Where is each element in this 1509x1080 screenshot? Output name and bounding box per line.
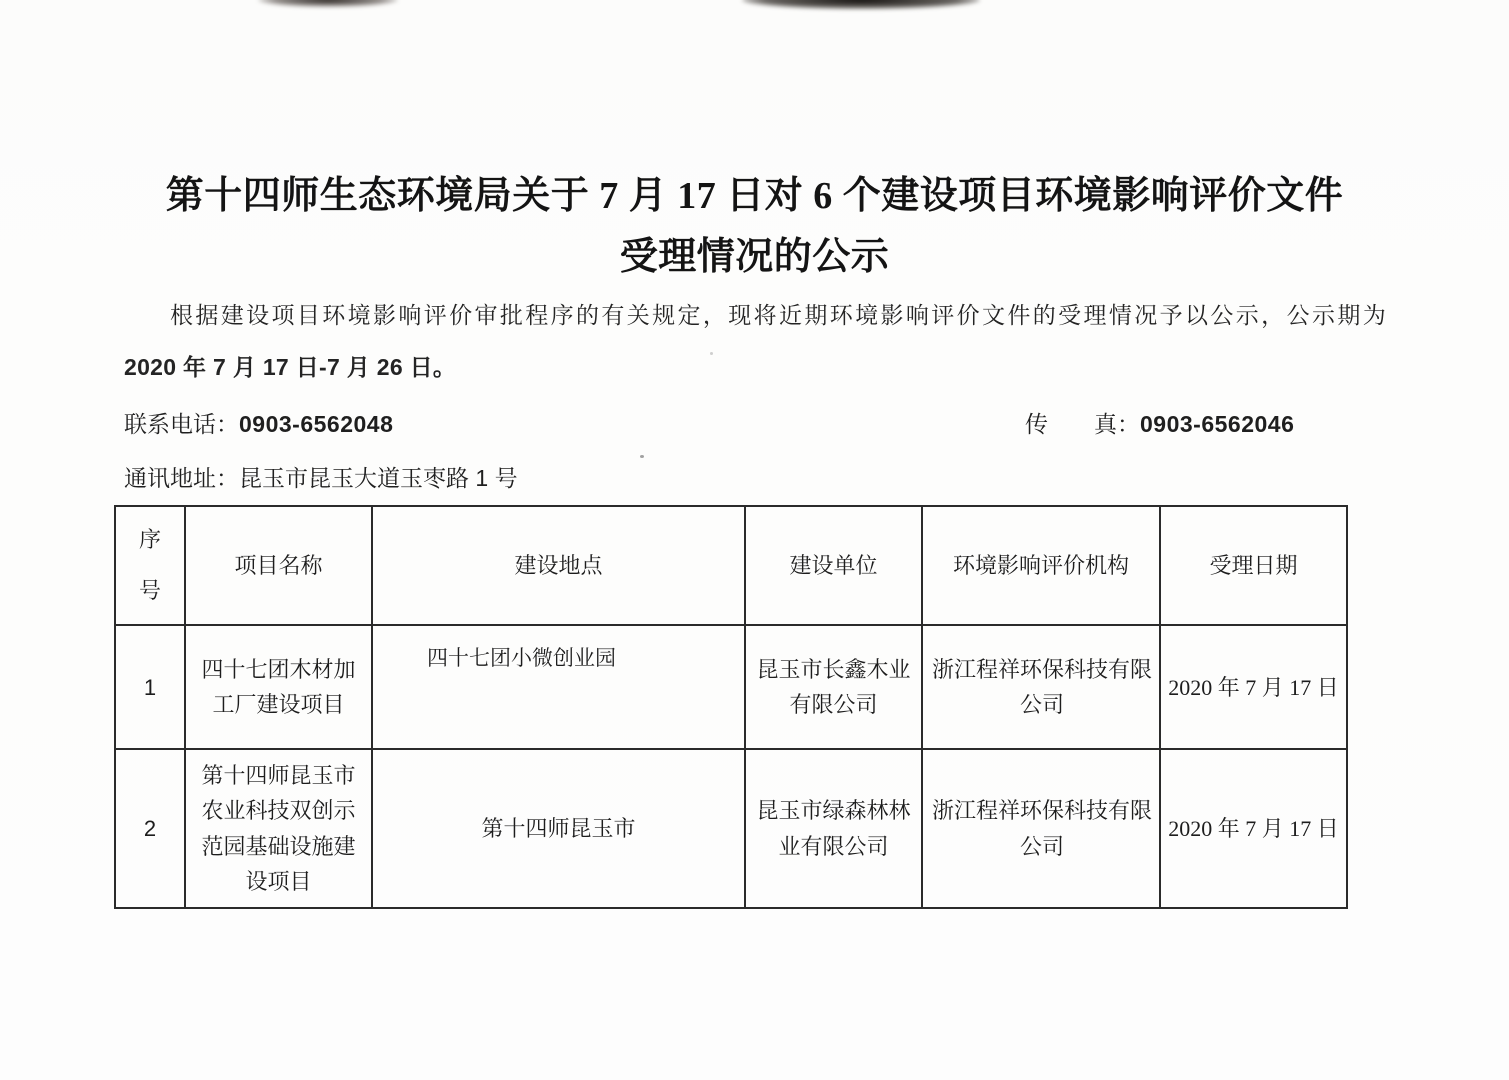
header-date: 受理日期 (1160, 506, 1347, 625)
fax-group: 传 真：0903-6562046 (1025, 406, 1294, 439)
header-location: 建设地点 (372, 506, 745, 625)
fax-number: 0903-6562046 (1140, 411, 1294, 437)
row2-seq-cell: 2 (115, 749, 185, 908)
row1-seq-cell: 1 (115, 625, 185, 749)
notice-paragraph-line1: 根据建设项目环境影响评价审批程序的有关规定，现将近期环境影响评价文件的受理情况予… (124, 297, 1386, 330)
address-label: 通讯地址： (124, 465, 239, 491)
address-value: 昆玉市昆玉大道玉枣路 1 号 (239, 465, 518, 491)
header-builder: 建设单位 (745, 506, 922, 625)
phone-number: 0903-6562048 (239, 411, 393, 437)
row1-project-cell: 四十七团木材加工厂建设项目 (185, 625, 372, 749)
scan-smudge-artifact (258, 0, 398, 7)
address-row: 通讯地址：昆玉市昆玉大道玉枣路 1 号 (124, 460, 518, 493)
header-agency: 环境影响评价机构 (922, 506, 1160, 625)
projects-table: 序号 项目名称 建设地点 建设单位 环境影响评价机构 受理日期 1 四十七团木材… (114, 505, 1348, 909)
table-row: 1 四十七团木材加工厂建设项目 四十七团小微创业园 昆玉市长鑫木业有限公司 浙江… (115, 625, 1347, 749)
page-title-line2: 受理情况的公示 (60, 227, 1449, 288)
row2-agency-cell: 浙江程祥环保科技有限公司 (922, 749, 1160, 908)
row1-location-cell: 四十七团小微创业园 (372, 625, 745, 749)
row1-builder-cell: 昆玉市长鑫木业有限公司 (745, 625, 922, 749)
row2-date-cell: 2020 年 7 月 17 日 (1160, 749, 1347, 908)
row1-agency-cell: 浙江程祥环保科技有限公司 (922, 625, 1160, 749)
phone-label: 联系电话： (124, 411, 239, 437)
scanned-document-page: 第十四师生态环境局关于 7 月 17 日对 6 个建设项目环境影响评价文件 受理… (0, 0, 1509, 1080)
table-row: 2 第十四师昆玉市农业科技双创示范园基础设施建设项目 第十四师昆玉市 昆玉市绿森… (115, 749, 1347, 908)
header-seq: 序号 (115, 506, 185, 625)
header-project: 项目名称 (185, 506, 372, 625)
row2-location-cell: 第十四师昆玉市 (372, 749, 745, 908)
row2-project-cell: 第十四师昆玉市农业科技双创示范园基础设施建设项目 (185, 749, 372, 908)
page-title: 第十四师生态环境局关于 7 月 17 日对 6 个建设项目环境影响评价文件 受理… (60, 166, 1449, 288)
fax-label: 传 真： (1025, 411, 1140, 437)
page-title-line1: 第十四师生态环境局关于 7 月 17 日对 6 个建设项目环境影响评价文件 (60, 166, 1449, 227)
row2-builder-cell: 昆玉市绿森林林业有限公司 (745, 749, 922, 908)
row1-date-cell: 2020 年 7 月 17 日 (1160, 625, 1347, 749)
contact-row: 联系电话：0903-6562048 传 真：0903-6562046 (124, 406, 1386, 439)
table-header-row: 序号 项目名称 建设地点 建设单位 环境影响评价机构 受理日期 (115, 506, 1347, 625)
scan-smudge-artifact (742, 0, 980, 9)
scan-speck (640, 455, 644, 458)
notice-paragraph-line2: 2020 年 7 月 17 日-7 月 26 日。 (124, 349, 1386, 382)
